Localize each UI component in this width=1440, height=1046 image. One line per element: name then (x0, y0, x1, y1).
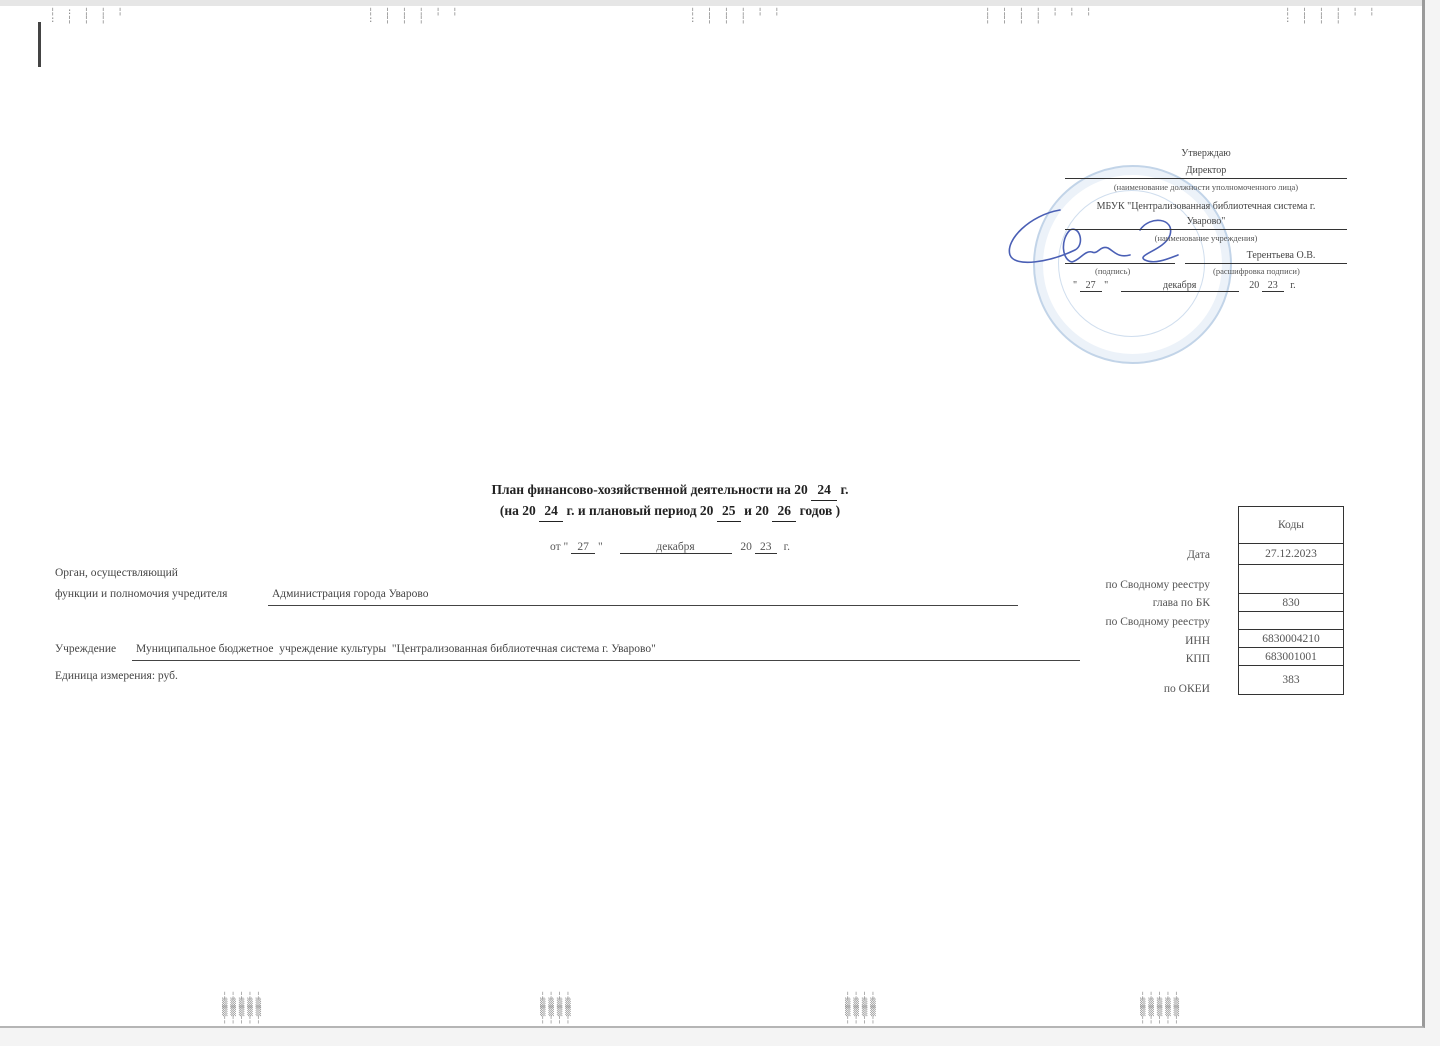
signer-name: Терентьева О.В. (1215, 250, 1347, 261)
bleed-through-marks: ¦¦¦¦▒▒▒▒▒▒▒▒¦¦¦¦ (845, 992, 879, 1024)
bleed-through-marks: ¦ ¦ ¦ ¦ ¦ ¦: ¦ ¦ ¦ (1285, 8, 1378, 24)
approver-position: Директор (1065, 165, 1347, 176)
code-label-inn: ИНН (1185, 635, 1210, 647)
code-value-inn: 6830004210 (1239, 630, 1344, 648)
code-value-kpp: 683001001 (1239, 648, 1344, 666)
bleed-through-marks: ¦ : ¦ ¦ ¦: ¦ ¦ ¦ (50, 8, 126, 24)
codes-header: Коды (1239, 507, 1344, 544)
approval-date: " 27 " декабря 20 23 г. (1073, 280, 1296, 292)
code-value-registry (1239, 565, 1344, 594)
founder-value: Администрация города Уварово (272, 588, 429, 600)
code-label-okei: по ОКЕИ (1164, 683, 1210, 695)
page-title: План финансово-хозяйственной деятельност… (330, 480, 1010, 522)
founder-label-line2: функции и полномочия учредителя (55, 588, 227, 600)
scan-edge (0, 0, 1422, 6)
approval-header: Утверждаю (1065, 148, 1347, 159)
institution-line1: МБУК "Централизованная библиотечная сист… (1065, 201, 1347, 212)
institution-caption: (наименование учреждения) (1065, 233, 1347, 243)
code-label-registry: по Сводному реестру (1105, 579, 1210, 591)
code-label-kpp: КПП (1186, 653, 1210, 665)
document-date: от " 27 " декабря 20 23 г. (440, 541, 900, 554)
founder-label-line1: Орган, осуществляющий (55, 567, 178, 579)
code-value-bk-chapter: 830 (1239, 594, 1344, 612)
codes-table: Коды 27.12.2023 830 6830004210 683001001… (1238, 506, 1344, 695)
code-label-bk-chapter: глава по БК (1153, 597, 1210, 609)
scan-mark (38, 22, 41, 67)
bleed-through-marks: ¦¦¦¦¦▒▒▒▒▒▒▒▒▒▒¦¦¦¦¦ (1140, 992, 1182, 1024)
code-value-okei: 383 (1239, 666, 1344, 695)
institution-label: Учреждение (55, 643, 116, 655)
name-caption: (расшифровка подписи) (1213, 266, 1300, 276)
bleed-through-marks: ¦¦¦¦▒▒▒▒▒▒▒▒¦¦¦¦ (540, 992, 574, 1024)
bleed-through-marks: ¦ ¦ ¦ ¦ ¦ ¦ ¦¦ ¦ ¦ ¦ (985, 8, 1094, 24)
institution-value: Муниципальное бюджетное учреждение культ… (136, 643, 656, 655)
bleed-through-marks: ¦ ¦ ¦ ¦ ¦ ¦: ¦ ¦ ¦ (368, 8, 461, 24)
document-page: ¦ : ¦ ¦ ¦: ¦ ¦ ¦ ¦ ¦ ¦ ¦ ¦ ¦: ¦ ¦ ¦ ¦ ¦ … (0, 0, 1425, 1028)
unit-label: Единица измерения: руб. (55, 670, 178, 682)
bleed-through-marks: ¦¦¦¦¦▒▒▒▒▒▒▒▒▒▒¦¦¦¦¦ (222, 992, 264, 1024)
institution-line2: Уварово" (1065, 216, 1347, 227)
code-label-date: Дата (1187, 549, 1210, 561)
code-value-date: 27.12.2023 (1239, 544, 1344, 565)
code-value-registry-2 (1239, 612, 1344, 630)
signature-caption: (подпись) (1095, 266, 1130, 276)
position-caption: (наименование должности уполномоченного … (1065, 182, 1347, 192)
code-label-registry-2: по Сводному реестру (1105, 616, 1210, 628)
bleed-through-marks: ¦ ¦ ¦ ¦ ¦ ¦: ¦ ¦ ¦ (690, 8, 783, 24)
